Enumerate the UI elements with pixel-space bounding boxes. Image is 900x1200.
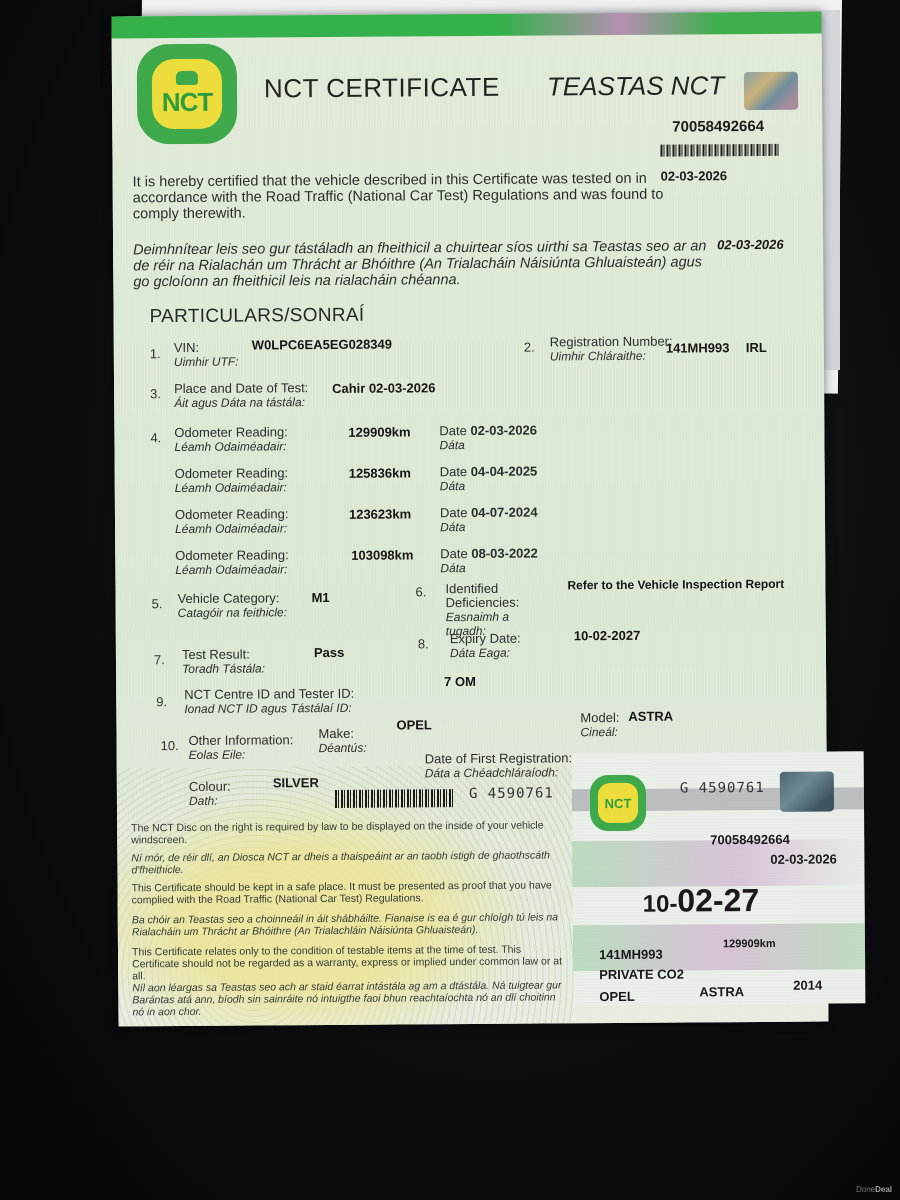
item-number: 1. xyxy=(150,346,161,361)
fine-print-paragraph: Ní mór, de réir dlí, an Diosca NCT ar dh… xyxy=(131,849,561,876)
odometer-label: Odometer Reading:Léamh Odaiméadair: xyxy=(175,507,289,536)
barcode-icon xyxy=(660,144,780,157)
vin-value: W0LPC6EA5EG028349 xyxy=(252,337,392,353)
fine-print-paragraph: This Certificate should be kept in a saf… xyxy=(132,879,562,906)
intro-irish: Deimhnítear leis seo gur tástáladh an fh… xyxy=(133,238,708,290)
title-english: NCT CERTIFICATE xyxy=(264,72,500,105)
intro-english-date: 02-03-2026 xyxy=(661,168,728,183)
item-number: 2. xyxy=(524,340,535,355)
hologram-icon xyxy=(744,72,798,110)
model-label: Model: Cineál: xyxy=(580,711,619,739)
odometer-label: Odometer Reading:Léamh Odaiméadair: xyxy=(174,425,288,454)
disc-make: OPEL xyxy=(599,989,635,1004)
disc-test-date: 02-03-2026 xyxy=(770,851,837,866)
intro-irish-date: 02-03-2026 xyxy=(717,237,784,252)
vin-label: VIN: Uimhir UTF: xyxy=(174,341,239,369)
disc-number-handwritten: G 4590761 xyxy=(469,785,554,802)
logo-text: NCT xyxy=(162,86,213,117)
result-label: Test Result: Toradh Tástála: xyxy=(182,647,265,676)
odometer-date: Date 08-03-2022Dáta xyxy=(440,547,538,576)
fine-print-paragraph: The NCT Disc on the right is required by… xyxy=(131,819,561,846)
item-number: 8. xyxy=(418,636,429,651)
intro-english: It is hereby certified that the vehicle … xyxy=(133,171,673,223)
model-value: ASTRA xyxy=(628,709,673,724)
disc-usage: PRIVATE CO2 xyxy=(599,967,684,983)
car-icon xyxy=(176,70,198,84)
fine-print-paragraph: Níl aon léargas sa Teastas seo ach ar st… xyxy=(132,979,562,1018)
category-label: Vehicle Category: Catagóir na feithicle: xyxy=(178,591,288,620)
barcode-icon xyxy=(335,789,455,808)
odometer-date: Date 04-07-2024Dáta xyxy=(440,506,538,535)
item-number: 4. xyxy=(150,430,161,445)
disc-model: ASTRA xyxy=(699,984,744,999)
watermark: DoneDeal xyxy=(856,1185,892,1194)
nct-logo: NCT xyxy=(590,775,646,831)
title-irish: TEASTAS NCT xyxy=(547,70,724,102)
hologram-icon xyxy=(780,771,834,811)
serial-number: 70058492664 xyxy=(672,118,764,136)
deficiencies-label: Identified Deficiencies: Easnaimh a tuga… xyxy=(445,581,545,638)
make-value: OPEL xyxy=(396,717,432,732)
odometer-label: Odometer Reading:Léamh Odaiméadair: xyxy=(175,548,289,577)
registration-label: Registration Number: Uimhir Chláraithe: xyxy=(550,335,673,364)
odometer-label: Odometer Reading:Léamh Odaiméadair: xyxy=(175,466,289,495)
disc-registration: 141MH993 xyxy=(599,947,663,962)
place-date-value: Cahir 02-03-2026 xyxy=(332,380,435,396)
nct-disc: NCT G 4590761 70058492664 02-03-2026 10-… xyxy=(572,751,866,1005)
item-number: 9. xyxy=(156,694,167,709)
disc-serial: 70058492664 xyxy=(710,832,790,848)
item-number: 3. xyxy=(150,386,161,401)
nct-certificate: NCT NCT CERTIFICATE TEASTAS NCT 70058492… xyxy=(111,12,828,1027)
odometer-date: Date 04-04-2025Dáta xyxy=(440,465,538,494)
odometer-value: 125836km xyxy=(349,465,411,480)
expiry-value: 10-02-2027 xyxy=(574,628,641,643)
odometer-date: Date 02-03-2026Dáta xyxy=(439,424,537,453)
category-value: M1 xyxy=(311,590,329,605)
particulars-title: PARTICULARS/SONRAÍ xyxy=(150,305,365,328)
registration-country: IRL xyxy=(746,340,767,355)
expiry-label: Expiry Date: Dáta Eaga: xyxy=(450,632,521,660)
odometer-value: 123623km xyxy=(349,506,411,521)
disc-year: 2014 xyxy=(793,978,822,993)
centre-label: NCT Centre ID and Tester ID: Ionad NCT I… xyxy=(184,687,354,716)
nct-logo: NCT xyxy=(137,44,238,145)
result-value: Pass xyxy=(314,645,344,660)
registration-value: 141MH993 xyxy=(666,340,730,355)
centre-value: 7 OM xyxy=(444,674,476,689)
deficiencies-value: Refer to the Vehicle Inspection Report xyxy=(567,577,784,593)
place-date-label: Place and Date of Test: Áit agus Dáta na… xyxy=(174,381,308,410)
disc-odometer: 129909km xyxy=(723,938,776,950)
disc-expiry: 10-02-27 xyxy=(643,882,760,920)
header-band xyxy=(111,12,821,39)
other-info-label: Other Information: Eolas Eile: xyxy=(188,733,293,762)
item-number: 5. xyxy=(152,596,163,611)
fine-print-paragraph: This Certificate relates only to the con… xyxy=(132,943,562,982)
disc-number: G 4590761 xyxy=(680,780,765,797)
odometer-value: 129909km xyxy=(348,424,410,439)
odometer-value: 103098km xyxy=(351,547,413,562)
make-label: Make: Déantús: xyxy=(318,727,366,755)
fine-print-paragraph: Ba chóir an Teastas seo a choinneáil in … xyxy=(132,911,562,938)
item-number: 7. xyxy=(154,652,165,667)
item-number: 10. xyxy=(161,738,179,753)
item-number: 6. xyxy=(415,584,426,599)
